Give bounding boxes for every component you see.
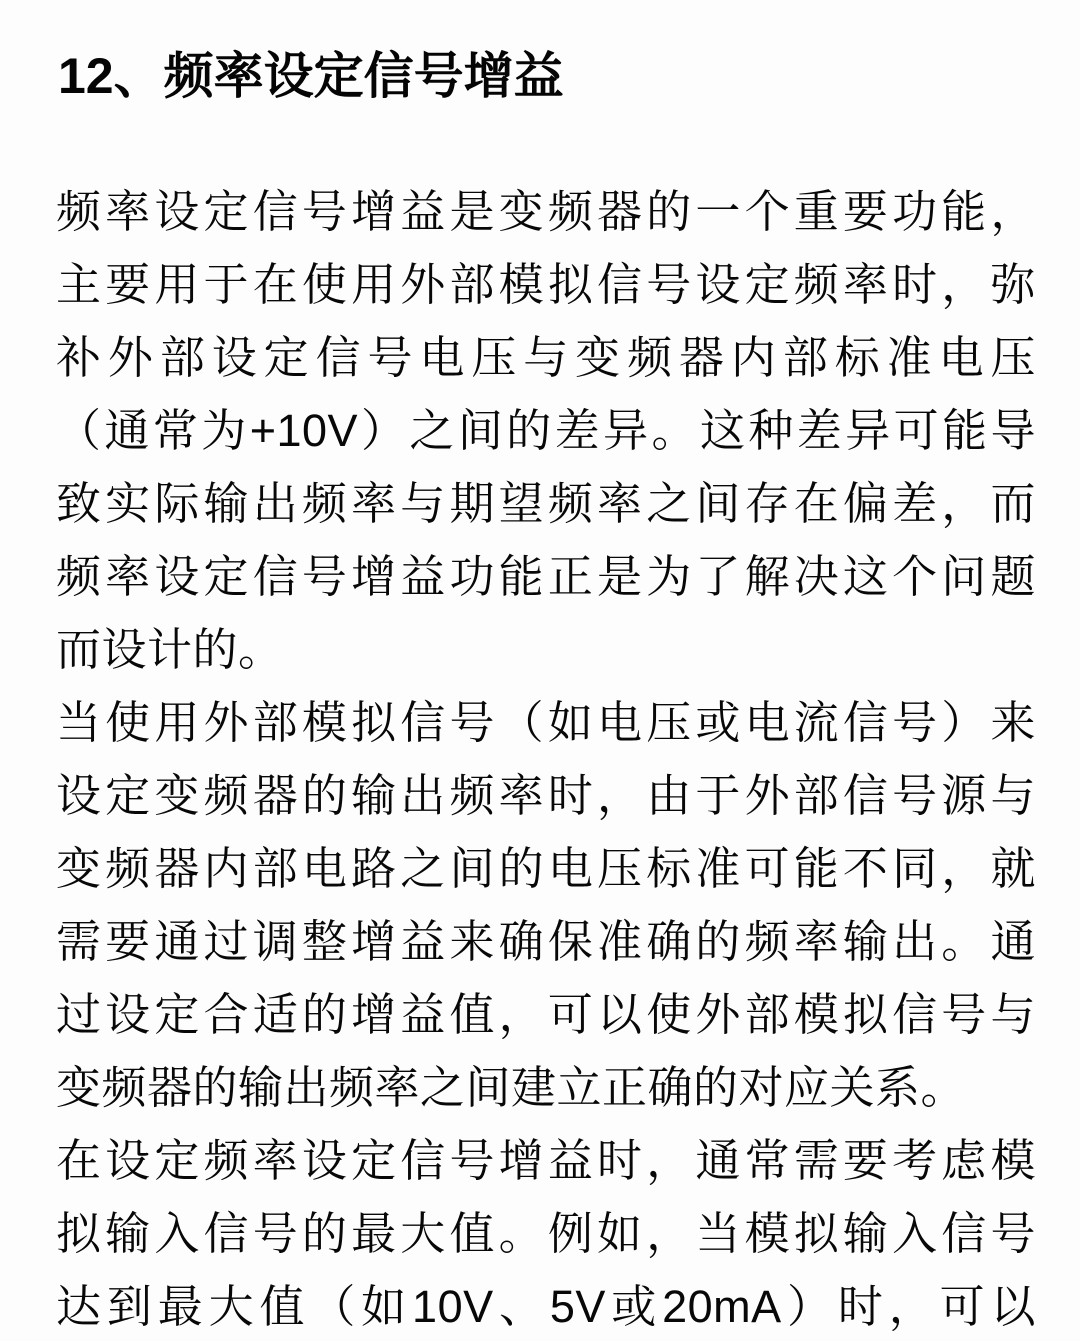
text-line: 变频器的输出频率之间建立正确的对应关系。	[56, 1051, 1036, 1124]
article-body: 频率设定信号增益是变频器的一个重要功能， 主要用于在使用外部模拟信号设定频率时，…	[56, 175, 1036, 1341]
text-line: 主要用于在使用外部模拟信号设定频率时，弥	[56, 248, 1036, 321]
paragraph: 在设定频率设定信号增益时，通常需要考虑模 拟输入信号的最大值。例如，当模拟输入信…	[56, 1124, 1036, 1341]
text-line: 达到最大值（如10V、5V或20mA）时，可以	[56, 1270, 1036, 1341]
text-line: 而设计的。	[56, 613, 1036, 686]
document-page: 12、频率设定信号增益 频率设定信号增益是变频器的一个重要功能， 主要用于在使用…	[0, 0, 1080, 1341]
text-line: 变频器内部电路之间的电压标准可能不同，就	[56, 832, 1036, 905]
paragraph: 频率设定信号增益是变频器的一个重要功能， 主要用于在使用外部模拟信号设定频率时，…	[56, 175, 1036, 686]
paragraph: 当使用外部模拟信号（如电压或电流信号）来 设定变频器的输出频率时，由于外部信号源…	[56, 686, 1036, 1124]
text-line: 补外部设定信号电压与变频器内部标准电压	[56, 321, 1036, 394]
text-line: 当使用外部模拟信号（如电压或电流信号）来	[56, 686, 1036, 759]
text-line: 致实际输出频率与期望频率之间存在偏差，而	[56, 467, 1036, 540]
text-line: 拟输入信号的最大值。例如，当模拟输入信号	[56, 1197, 1036, 1270]
text-line: 在设定频率设定信号增益时，通常需要考虑模	[56, 1124, 1036, 1197]
text-line: 需要通过调整增益来确保准确的频率输出。通	[56, 905, 1036, 978]
text-line: 过设定合适的增益值，可以使外部模拟信号与	[56, 978, 1036, 1051]
section-heading: 12、频率设定信号增益	[56, 48, 1036, 104]
text-line: （通常为+10V）之间的差异。这种差异可能导	[56, 394, 1036, 467]
text-line: 频率设定信号增益功能正是为了解决这个问题	[56, 540, 1036, 613]
text-line: 设定变频器的输出频率时，由于外部信号源与	[56, 759, 1036, 832]
text-line: 频率设定信号增益是变频器的一个重要功能，	[56, 175, 1036, 248]
